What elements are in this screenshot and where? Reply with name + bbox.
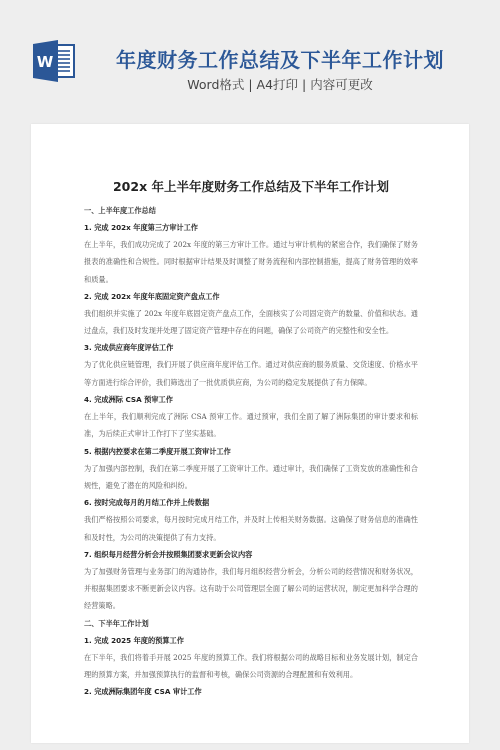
svg-text:W: W (37, 53, 54, 71)
word-icon: W (31, 40, 77, 82)
section-heading: 二、下半年工作计划 (84, 615, 418, 632)
item-body: 为了优化供应链管理，我们开展了供应商年度评估工作。通过对供应商的服务质量、交货速… (84, 356, 418, 391)
item-heading: 4. 完成洲际 CSA 预审工作 (84, 391, 418, 408)
item-heading: 7. 组织每月经营分析会并按照集团要求更新会议内容 (84, 546, 418, 563)
item-body: 在上半年，我们成功完成了 202x 年度的第三方审计工作。通过与审计机构的紧密合… (84, 236, 418, 288)
item-body: 我们组织并实施了 202x 年度年底固定资产盘点工作，全面核实了公司固定资产的数… (84, 305, 418, 340)
document-page-preview: 202x 年上半年度财务工作总结及下半年工作计划 一、上半年度工作总结 1. 完… (31, 124, 469, 743)
item-heading: 1. 完成 202x 年度第三方审计工作 (84, 219, 418, 236)
item-body: 为了加强内部控制，我们在第二季度开展了工资审计工作。通过审计，我们确保了工资发放… (84, 460, 418, 495)
section-heading: 一、上半年度工作总结 (84, 202, 418, 219)
document-body: 202x 年上半年度财务工作总结及下半年工作计划 一、上半年度工作总结 1. 完… (84, 179, 418, 700)
item-heading: 5. 根据内控要求在第二季度开展工资审计工作 (84, 443, 418, 460)
item-heading: 1. 完成 2025 年度的预算工作 (84, 632, 418, 649)
header-banner: W 年度财务工作总结及下半年工作计划 Word格式 | A4打印 | 内容可更改 (0, 0, 500, 120)
format-subtitle: Word格式 | A4打印 | 内容可更改 (100, 75, 460, 93)
document-title: 202x 年上半年度财务工作总结及下半年工作计划 (84, 179, 418, 195)
item-heading: 6. 按时完成每月的月结工作并上传数据 (84, 494, 418, 511)
item-heading: 2. 完成洲际集团年度 CSA 审计工作 (84, 683, 418, 700)
item-heading: 3. 完成供应商年度评估工作 (84, 339, 418, 356)
item-heading: 2. 完成 202x 年度年底固定资产盘点工作 (84, 288, 418, 305)
item-body: 为了加强财务管理与业务部门的沟通协作，我们每月组织经营分析会，分析公司的经营情况… (84, 563, 418, 615)
item-body: 在下半年，我们将着手开展 2025 年度的预算工作。我们将根据公司的战略目标和业… (84, 649, 418, 684)
page-title: 年度财务工作总结及下半年工作计划 (100, 44, 460, 73)
item-body: 我们严格按照公司要求，每月按时完成月结工作，并及时上传相关财务数据。这确保了财务… (84, 511, 418, 546)
item-body: 在上半年，我们顺利完成了洲际 CSA 预审工作。通过预审，我们全面了解了洲际集团… (84, 408, 418, 443)
